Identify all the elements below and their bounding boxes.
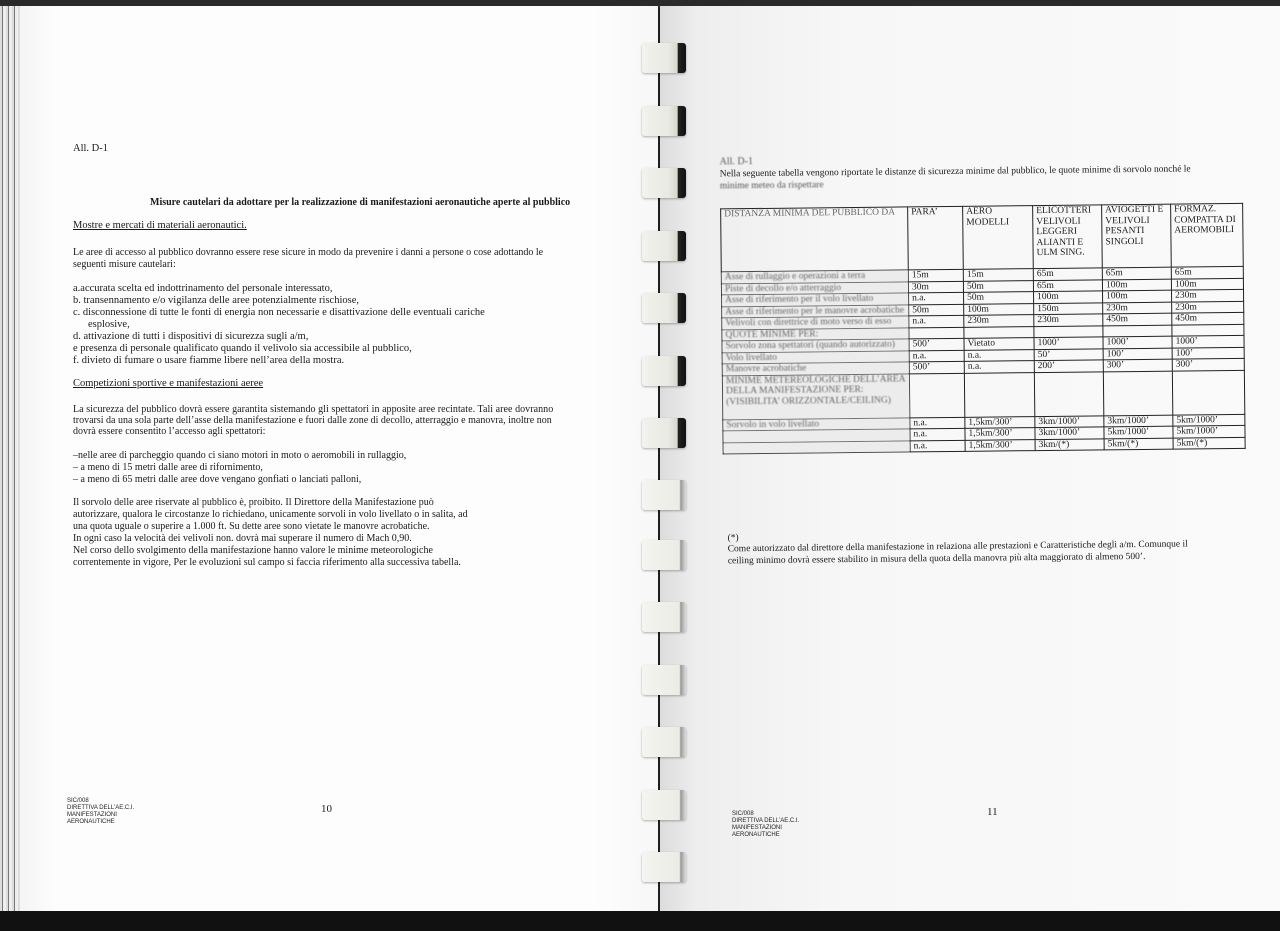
table-cell: n.a. [910,428,965,440]
footer-line: DIRETTIVA DELL’AE.C.I. [732,818,799,825]
table-cell: n.a. [909,315,964,327]
table-cell: 15m [908,269,963,281]
table-cell: Vietato [964,338,1034,350]
table-cell: 50m [964,292,1034,304]
table-cell: n.a. [910,440,965,452]
row-label [723,440,910,453]
table-cell: 230m [1034,314,1103,326]
binding-ring [642,540,686,570]
table-cell: 5km/(*) [1173,437,1245,449]
table-cell: 3km/1000’ [1035,427,1104,439]
table-cell [909,327,964,339]
binding-ring [642,852,686,882]
intro-line-2: minime meteo da rispettare [720,179,824,193]
binding-ring [642,168,686,198]
stacked-page-edges [0,6,20,913]
spiral-binding [628,0,698,931]
table-cell: 3km/1000’ [1104,415,1173,427]
table-cell: 230m [1172,301,1244,313]
table-cell: 1,5km/300’ [965,428,1035,440]
table-cell: 500’ [909,338,964,350]
table-row: MINIME METEREOLOGICHE DELL’AREA DELLA MA… [722,370,1244,419]
table-cell: 3km/1000’ [1035,415,1104,427]
page-number: 11 [987,806,998,818]
table-cell: 65m [1171,266,1243,278]
table-cell [1172,324,1244,336]
measure-item: c. disconnessione di tutte le fonti di e… [73,306,485,319]
table-cell: 300’ [1172,358,1244,370]
table-cell [1103,325,1172,337]
page-footer: SIC/008 DIRETTIVA DELL’AE.C.I. MANIFESTA… [67,798,134,826]
table-body: Asse di rullaggio e operazioni a terra15… [721,266,1245,453]
table-cell: 230m [1172,289,1244,301]
intro-text: Nella seguente tabella vengono riportate… [720,164,1191,179]
table-cell: 500’ [909,361,964,373]
table-cell: 5km/1000’ [1173,414,1245,426]
table-cell: 15m [963,269,1033,281]
table-cell [964,326,1034,338]
row-label: MINIME METEREOLOGICHE DELL’AREA DELLA MA… [722,373,909,419]
footer-line: SIC/008 [732,811,799,818]
table-cell: 150m [1034,302,1103,314]
section-heading-exhibitions: Mostre e mercati di materiali aeronautic… [73,219,247,232]
table-cell: 1,5km/300’ [965,416,1035,428]
binding-ring [642,293,686,323]
table-cell: 50m [963,280,1033,292]
footer-line: SIC/008 [67,798,134,805]
binding-ring [642,727,686,757]
table-cell: n.a. [909,292,964,304]
footer-line: DIRETTIVA DELL’AE.C.I. [67,805,134,812]
binding-ring [642,43,686,73]
page-number: 10 [321,803,332,815]
page-footer: SIC/008 DIRETTIVA DELL’AE.C.I. MANIFESTA… [732,811,799,839]
annex-label: All. D-1 [720,155,753,168]
table-cell: n.a. [909,350,964,362]
page-title: Misure cautelari da adottare per la real… [150,196,570,209]
table-cell: 450m [1172,312,1244,324]
table-cell: 65m [1033,268,1102,280]
table-cell: 100’ [1172,347,1244,359]
footer-line: MANIFESTAZIONI [67,812,134,819]
table-cell: 100m [1171,278,1243,290]
binding-ring [642,356,686,386]
binding-ring [642,790,686,820]
table-cell: n.a. [910,417,965,429]
table-cell: n.a. [964,349,1034,361]
column-header: ELICOTTERI VELIVOLI LEGGERI ALIANTI E UL… [1033,205,1103,269]
binding-ring [642,418,686,448]
column-header: PARA’ [908,206,964,270]
footer-line: AERONAUTICHE [732,832,799,839]
table-cell: 100m [1102,279,1171,291]
column-header: DISTANZA MINIMA DEL PUBBLICO DA [721,207,909,272]
binding-ring [642,231,686,261]
table-cell: 200’ [1034,360,1103,372]
table-cell: 1,5km/300’ [965,439,1035,451]
scan-bottom-edge [0,911,1280,931]
table-cell: 300’ [1103,359,1172,371]
table-cell: 50m [909,304,964,316]
paragraph-line: correntemente in vigore, Per le evoluzio… [73,556,461,569]
intro-line-2: seguenti misure cautelari: [73,258,176,271]
table-cell: 65m [1033,279,1102,291]
table-cell [1172,370,1244,415]
table-cell: 65m [1102,267,1171,279]
binding-ring [642,106,686,136]
table-cell: 230m [964,315,1034,327]
binding-ring [642,480,686,510]
table-cell: 1000’ [1103,336,1172,348]
table-cell: n.a. [964,361,1034,373]
footer-line: MANIFESTAZIONI [732,825,799,832]
table-cell [1103,371,1172,416]
measure-item: f. divieto di fumare o usare fiamme libe… [73,354,344,367]
table-cell: 230m [1103,302,1172,314]
table-cell: 100m [1034,291,1103,303]
column-header: AERO MODELLI [963,206,1034,270]
bullet-item: – a meno di 65 metri dalle aree dove ven… [73,473,361,486]
safety-distances-table: DISTANZA MINIMA DEL PUBBLICO DA PARA’ AE… [720,203,1246,454]
column-header: AVIOGETTI E VELIVOLI PESANTI SINGOLI [1102,204,1172,268]
binding-ring [642,665,686,695]
table-cell: 100m [964,303,1034,315]
table-cell: 5km/1000’ [1104,426,1173,438]
table-cell [909,373,964,418]
table-cell: 30m [908,281,963,293]
section-heading-competitions: Competizioni sportive e manifestazioni a… [73,377,263,390]
table-cell: 100m [1103,290,1172,302]
table-cell [1034,371,1103,416]
table-cell: 1000’ [1034,337,1103,349]
column-header: FORMAZ. COMPATTA DI AEROMOBILI [1171,203,1244,267]
table-cell: 50’ [1034,348,1103,360]
footer-line: AERONAUTICHE [67,819,134,826]
table-cell: 5km/1000’ [1173,425,1245,437]
table-cell [964,372,1034,417]
page-11: All. D-1 Nella seguente tabella vengono … [660,6,1280,913]
table-cell [1034,325,1103,337]
table-cell: 100’ [1103,348,1172,360]
annex-label: All. D-1 [73,142,108,155]
table-cell: 1000’ [1172,335,1244,347]
paragraph-line: dovrà essere consentito l’accesso agli s… [73,425,265,438]
table-cell: 3km/(*) [1035,438,1104,450]
binding-ring [642,602,686,632]
table-cell: 5km/(*) [1104,438,1173,450]
page-10: All. D-1 Misure cautelari da adottare pe… [18,6,658,913]
table-cell: 450m [1103,313,1172,325]
